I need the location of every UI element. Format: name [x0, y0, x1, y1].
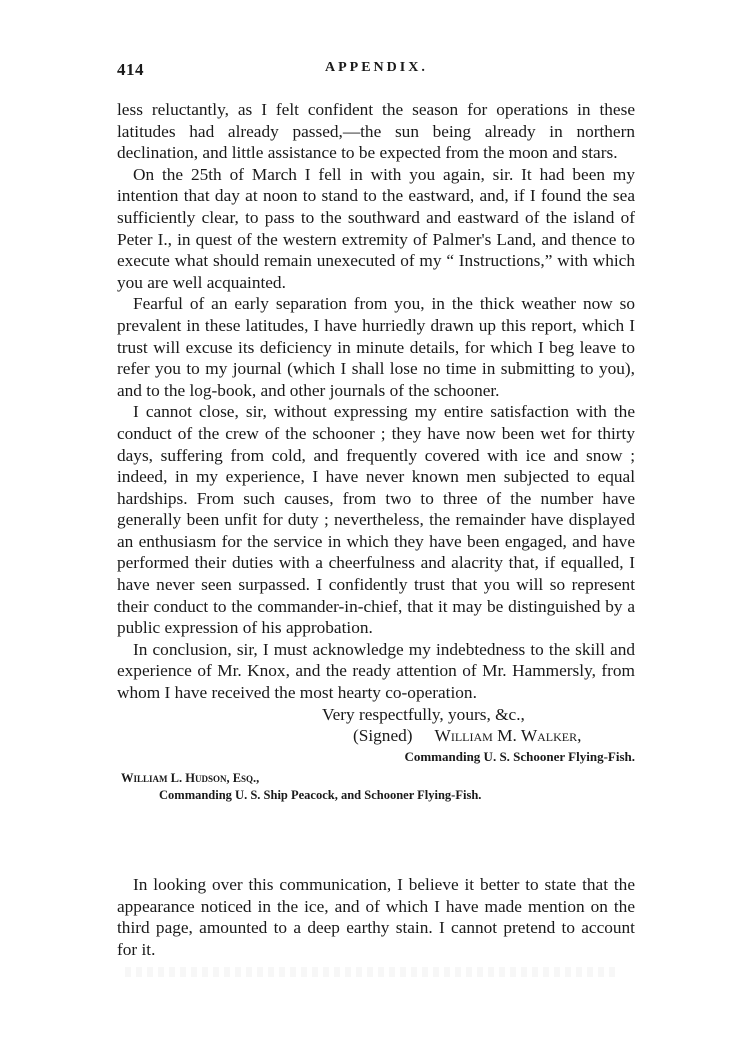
addressee-title: Commanding U. S. Ship Peacock, and Schoo… — [117, 787, 635, 804]
paragraph-march-25: On the 25th of March I fell in with you … — [117, 164, 635, 294]
running-head: APPENDIX. — [325, 60, 428, 76]
paragraph-crew-conduct: I cannot close, sir, without expressing … — [117, 401, 635, 639]
postscript-paragraph: In looking over this communication, I be… — [117, 874, 635, 960]
signer-title: Commanding U. S. Schooner Flying-Fish. — [117, 747, 635, 765]
paragraph-separation: Fearful of an early separation from you,… — [117, 293, 635, 401]
signature-line: (Signed)William M. Walker, — [117, 725, 635, 747]
page-header: 414 APPENDIX. — [117, 60, 637, 84]
book-page: 414 APPENDIX. less reluctantly, as I fel… — [0, 0, 750, 1050]
letter-closing: Very respectfully, yours, &c., — [117, 704, 635, 726]
page-number: 414 — [117, 60, 144, 80]
signer-name: William M. Walker, — [435, 726, 582, 745]
addressee-block: William L. Hudson, Esq., Commanding U. S… — [117, 770, 635, 804]
letter-body: less reluctantly, as I felt confident th… — [117, 99, 635, 804]
signed-label: (Signed) — [353, 726, 413, 745]
postscript: In looking over this communication, I be… — [117, 874, 635, 960]
paragraph-continued: less reluctantly, as I felt confident th… — [117, 99, 635, 164]
addressee-name: William L. Hudson, Esq., — [117, 770, 635, 787]
show-through-artifact — [125, 967, 615, 977]
paragraph-conclusion: In conclusion, sir, I must acknowledge m… — [117, 639, 635, 704]
